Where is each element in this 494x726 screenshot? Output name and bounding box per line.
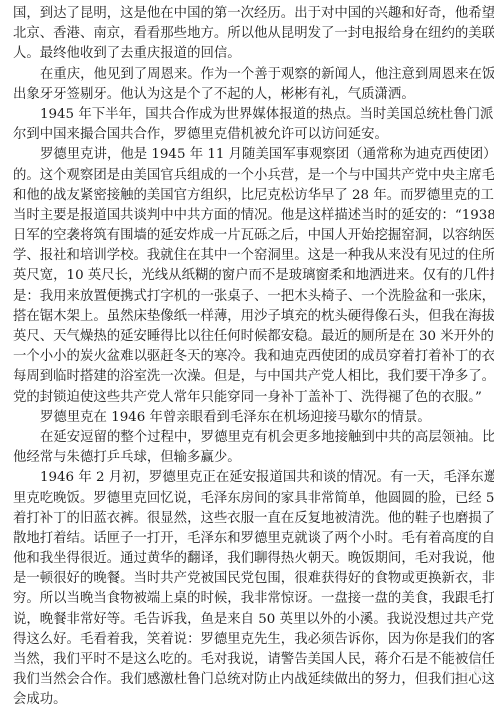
text-line: 当然，我们平时不是这么吃的。毛对我说，请警告美国人民，蒋介石是不能被信任的， (13, 650, 467, 670)
text-line: 当时主要是报道国共谈判中中共方面的情况。他是这样描述当时的延安的：“1938 年… (13, 206, 467, 226)
text-line: 他和我坐得很近。通过黄华的翻译，我们聊得热火朝天。晚饭期间，毛对我说，他觉得这 (13, 549, 467, 569)
text-line: 他经常与朱德打乒乓球，但输多赢少。 (13, 448, 467, 468)
text-line: 日军的空袭将筑有围墙的延安炸成一片瓦砾之后，中国人开始挖掘窑洞，以容纳医院、大 (13, 226, 467, 246)
text-line: 人。最终他收到了去重庆报道的回信。 (13, 44, 467, 64)
text-line: 是一顿很好的晚餐。当时共产党被国民党包围，很难获得好的食物或更换新衣，非常贫 (13, 569, 467, 589)
paragraph-first-line: 在延安逗留的整个过程中，罗德里克有机会更多地接触到中共的高层领袖。比如， (13, 428, 467, 448)
text-line: 尔到中国来撮合国共合作，罗德里克借机被允许可以访问延安。 (13, 125, 467, 145)
paragraph-first-line: 1945 年下半年，国共合作成为世界媒体报道的热点。当时美国总统杜鲁门派马歇 (13, 105, 467, 125)
text-line: 会成功。 (13, 690, 467, 710)
text-line: 出象牙牙签剔牙。他认为这是个了不起的人，彬彬有礼，气质潇洒。 (13, 85, 467, 105)
text-line: 得这么好。毛看着我，笑着说：罗德里克先生，我必须告诉你，因为你是我们的客人。 (13, 630, 467, 650)
text-line: 着打补丁的旧蓝衣裤。很显然，这些衣服一直在反复地被清洗。他的鞋子也磨损了，松 (13, 509, 467, 529)
paragraph-first-line: 1946 年 2 月初，罗德里克正在延安报道国共和谈的情况。有一天，毛泽东邀请罗… (13, 468, 467, 488)
text-line: 党的封锁迫使这些共产党人常年只能穿同一身补丁盖补丁、洗得褪了色的衣服。” (13, 388, 467, 408)
document-body: 国，到达了昆明，这是他在中国的第一次经历。出于对中国的兴趣和好奇，他希望能够去北… (13, 4, 467, 711)
text-line: 一个小小的炭火盆难以驱赶冬天的寒冷。我和迪克西使团的成员穿着打着补丁的衣服， (13, 347, 467, 367)
text-line: 我们当然会合作。我们感激杜鲁门总统对防止内战延续做出的努力，但我们担心这不 (13, 670, 467, 690)
paragraph-first-line: 罗德里克在 1946 年曾亲眼看到毛泽东在机场迎接马歇尔的情景。 (13, 408, 467, 428)
text-line: 和他的战友紧密接触的美国官方组织，比尼克松访华早了 28 年。而罗德里克的工作，… (13, 186, 467, 206)
text-line: 的。这个观察团是由美国官兵组成的一个小兵营，是一个与中国共产党中央主席毛泽东 (13, 166, 467, 186)
text-line: 学、报社和培训学校。我就住在其中一个窑洞里。这是一种我从来没有见过的住所：8 (13, 246, 467, 266)
watermark: 美篇 (446, 662, 486, 679)
document-page: 国，到达了昆明，这是他在中国的第一次经历。出于对中国的兴趣和好奇，他希望能够去北… (13, 4, 467, 711)
text-line: 国，到达了昆明，这是他在中国的第一次经历。出于对中国的兴趣和好奇，他希望能够去 (13, 4, 467, 24)
paragraph-first-line: 在重庆，他见到了周恩来。作为一个善于观察的新闻人，他注意到周恩来在饭后拿 (13, 65, 467, 85)
text-line: 北京、香港、南京，看看那些地方。所以他从昆明发了一封电报给身在纽约的美联社负责 (13, 24, 467, 44)
text-line: 穷。所以当晚当食物被端上桌的时候，我非常惊讶。一盘接一盘的美食，我跟毛打趣 (13, 589, 467, 609)
text-line: 里克吃晚饭。罗德里克回忆说，毛泽东房间的家具非常简单，他圆圆的脸，已经 53 岁… (13, 489, 467, 509)
text-line: 散地打着结。话匣子一打开，毛泽东和罗德里克就谈了两个小时。毛有着高度的自信， (13, 529, 467, 549)
text-line: 英尺、天气燥热的延安睡得比以往任何时候都安稳。最近的厕所是在 30 米开外的地方… (13, 327, 467, 347)
watermark-label: 美篇 (460, 664, 486, 678)
watermark-logo-icon (446, 664, 458, 676)
text-line: 说，晚餐非常好等。毛告诉我，鱼是来自 50 英里以外的小溪。我说没想过共产党生活 (13, 610, 467, 630)
text-line: 搭在锯木架上。虽然床垫像纸一样薄，用沙子填充的枕头硬得像石头，但我在海拔 200… (13, 307, 467, 327)
text-line: 每周到临时搭建的浴室洗一次澡。但是，与中国共产党人相比，我们要干净多了。国民 (13, 367, 467, 387)
text-line: 是：我用来放置便携式打字机的一张桌子、一把木头椅子、一个洗脸盆和一张床，床板就 (13, 287, 467, 307)
text-line: 英尺宽，10 英尺长，光线从纸糊的窗户而不是玻璃窗柔和地洒进来。仅有的几件摆设就 (13, 266, 467, 286)
paragraph-first-line: 罗德里克讲，他是 1945 年 11 月随美国军事观察团（通常称为迪克西使团）到… (13, 145, 467, 165)
